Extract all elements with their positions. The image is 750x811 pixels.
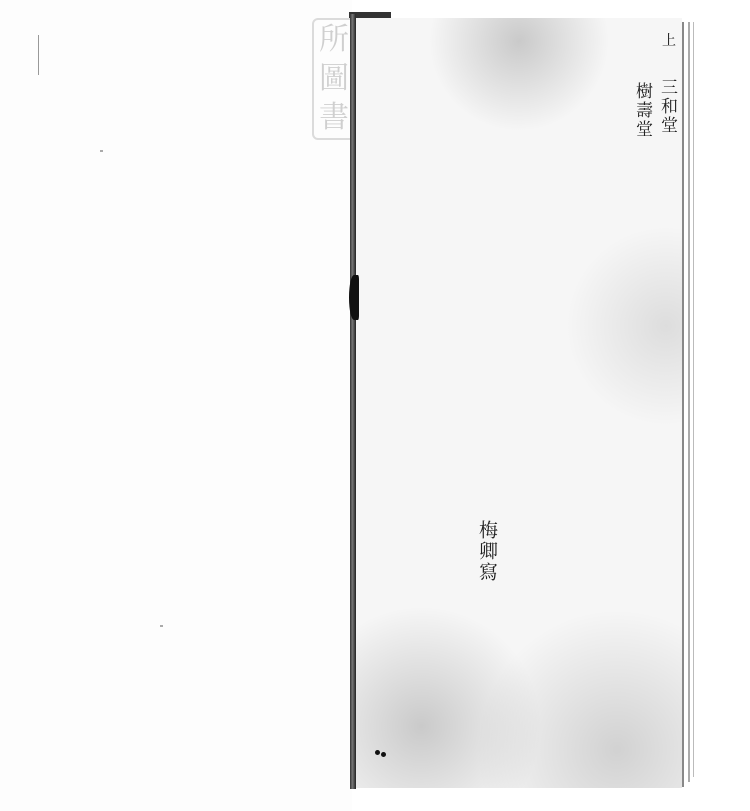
corner-mark: 上 (662, 30, 676, 50)
seal-char: 圖 (314, 59, 354, 98)
paper-speck (160, 625, 163, 627)
book-spine (350, 14, 356, 789)
title-left-column: 樹壽堂 (630, 82, 655, 139)
page-edge-line (693, 22, 694, 777)
page-edge-line (688, 22, 690, 782)
page-edge-line (682, 22, 684, 787)
seal-char: 所 (314, 20, 354, 59)
ink-spots (375, 750, 380, 755)
title-right-column: 三和堂 (655, 78, 680, 135)
binding-notch (349, 275, 359, 320)
signature: 梅卿寫 (474, 520, 501, 583)
left-blank-page (0, 0, 352, 811)
page-edge-mark (38, 35, 39, 75)
seal-char: 書 (314, 99, 354, 138)
paper-speck (100, 150, 103, 152)
